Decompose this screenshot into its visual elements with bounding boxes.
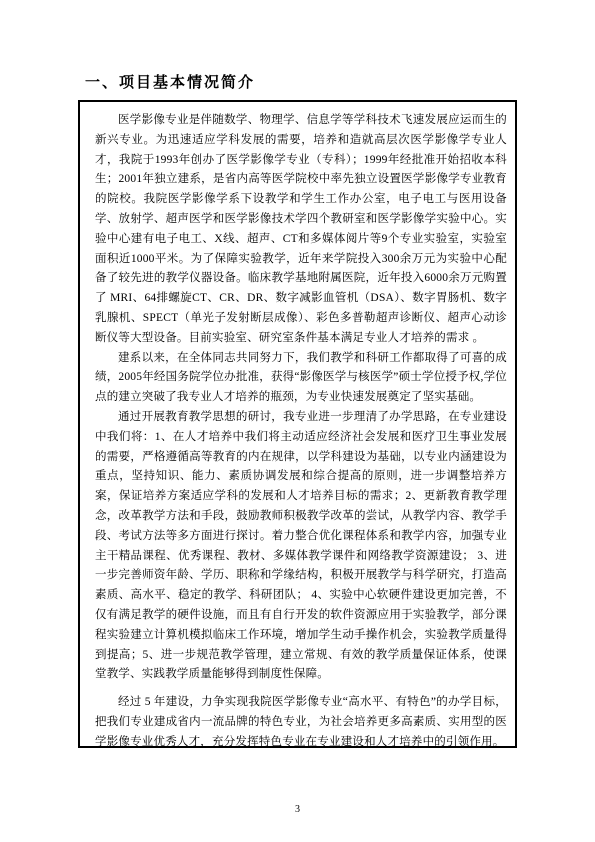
paragraph-intro: 医学影像专业是伴随数学、物理学、信息学等学科技术飞速发展应运而生的新兴专业。为迅… [95, 111, 507, 349]
paragraph-achievements: 建系以来，在全体同志共同努力下，我们教学和科研工作都取得了可喜的成绩，2005年… [95, 349, 507, 408]
page-number: 3 [0, 804, 595, 815]
paragraph-goal: 经过 5 年建设，力争实现我院医学影像专业“高水平、有特色”的办学目标，把我们专… [95, 693, 507, 748]
content-box: 医学影像专业是伴随数学、物理学、信息学等学科技术飞速发展应运而生的新兴专业。为迅… [78, 100, 517, 748]
section-heading: 一、项目基本情况简介 [85, 71, 255, 92]
document-page: 一、项目基本情况简介 医学影像专业是伴随数学、物理学、信息学等学科技术飞速发展应… [0, 0, 595, 842]
paragraph-plans: 通过开展教育教学思想的研讨，我专业进一步理清了办学思路，在专业建设中我们将：1、… [95, 408, 507, 685]
